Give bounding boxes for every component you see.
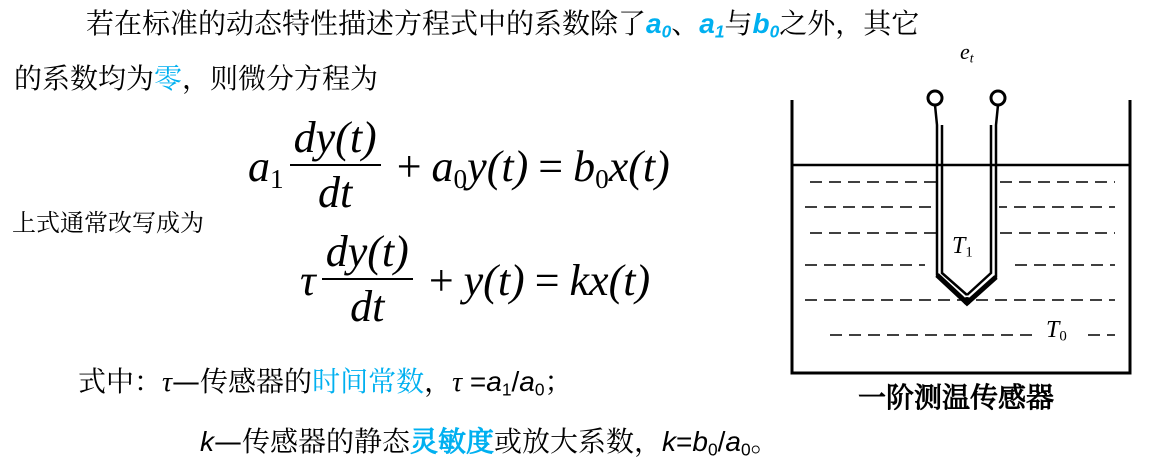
definition-text: 传感器的 (200, 365, 312, 398)
intro-line-1: 若在标准的动态特性描述方程式中的系数除了a0、a1与b0之外，其它 (86, 7, 919, 41)
intro-text: ，则微分方程为 (182, 62, 378, 95)
eq2-term2: y(t) (464, 255, 525, 306)
eq1-denominator: dt (318, 166, 352, 220)
intro-line-2: 的系数均为零，则微分方程为 (14, 62, 378, 96)
symbol-a1: a1 (699, 8, 724, 39)
eq1-term2: a0y(t) (432, 141, 529, 192)
diagram-caption: 一阶测温传感器 (858, 376, 1054, 416)
eq2-tau: τ (300, 255, 316, 306)
equals-sign: = (535, 255, 560, 306)
intro-text: 若在标准的动态特性描述方程式中的系数除了 (86, 7, 646, 40)
plus-sign: + (429, 255, 454, 306)
dash: — (172, 365, 200, 398)
terminal-right-icon (991, 91, 1005, 105)
junction-icon (963, 297, 971, 305)
definition-prefix: 式中： (78, 365, 162, 398)
eq2-numerator: dy(t) (322, 226, 413, 278)
eq1-coef: a1 (248, 141, 284, 192)
eq1-fraction: dy(t) dt (290, 112, 381, 220)
k-formula: k=b0/a0 (662, 426, 751, 457)
equation-2: τ dy(t) dt + y(t) = kx(t) (300, 226, 650, 334)
definition-k: k—传感器的静态灵敏度或放大系数，k=b0/a0。 (200, 425, 779, 459)
equals-sign: = (538, 141, 563, 192)
tau-formula-symbol: τ (452, 367, 462, 398)
eq2-fraction: dy(t) dt (322, 226, 413, 334)
definition-text: 传感器的静态 (242, 425, 410, 458)
k-symbol: k (200, 426, 214, 457)
separator: 与 (725, 7, 753, 40)
eq1-numerator: dy(t) (290, 112, 381, 164)
label-et: et (960, 39, 974, 65)
separator: ， (424, 365, 452, 398)
sensor-diagram: et T1 T0 (770, 55, 1150, 375)
eq2-rhs: kx(t) (570, 255, 651, 306)
rewrite-label: 上式通常改写成为 (12, 203, 204, 238)
eq1-rhs: b0x(t) (573, 141, 670, 192)
separator: 。 (751, 425, 779, 458)
symbol-a0: a0 (646, 8, 671, 39)
highlight-zero: 零 (154, 62, 182, 95)
eq2-denominator: dt (350, 280, 384, 334)
intro-text: 之外，其它 (779, 7, 919, 40)
terminal-left-icon (928, 91, 942, 105)
definition-tau: 式中：τ—传感器的时间常数，τ =a1/a0； (78, 365, 573, 400)
intro-text: 的系数均为 (14, 62, 154, 95)
tau-formula: =a1/a0 (462, 366, 544, 397)
label-t0: T0 (1046, 317, 1067, 344)
highlight-time-constant: 时间常数 (312, 365, 424, 398)
thermometer-diagram-svg (770, 55, 1150, 375)
plus-sign: + (397, 141, 422, 192)
definition-text: 或放大系数， (494, 425, 662, 458)
separator: 、 (671, 7, 699, 40)
highlight-sensitivity: 灵敏度 (410, 425, 494, 458)
equation-1: a1 dy(t) dt + a0y(t) = b0x(t) (248, 112, 670, 220)
label-t1: T1 (952, 233, 973, 260)
dash: — (214, 425, 242, 458)
separator: ； (545, 365, 573, 398)
tau-symbol: τ (162, 367, 172, 398)
symbol-b0: b0 (753, 8, 780, 39)
